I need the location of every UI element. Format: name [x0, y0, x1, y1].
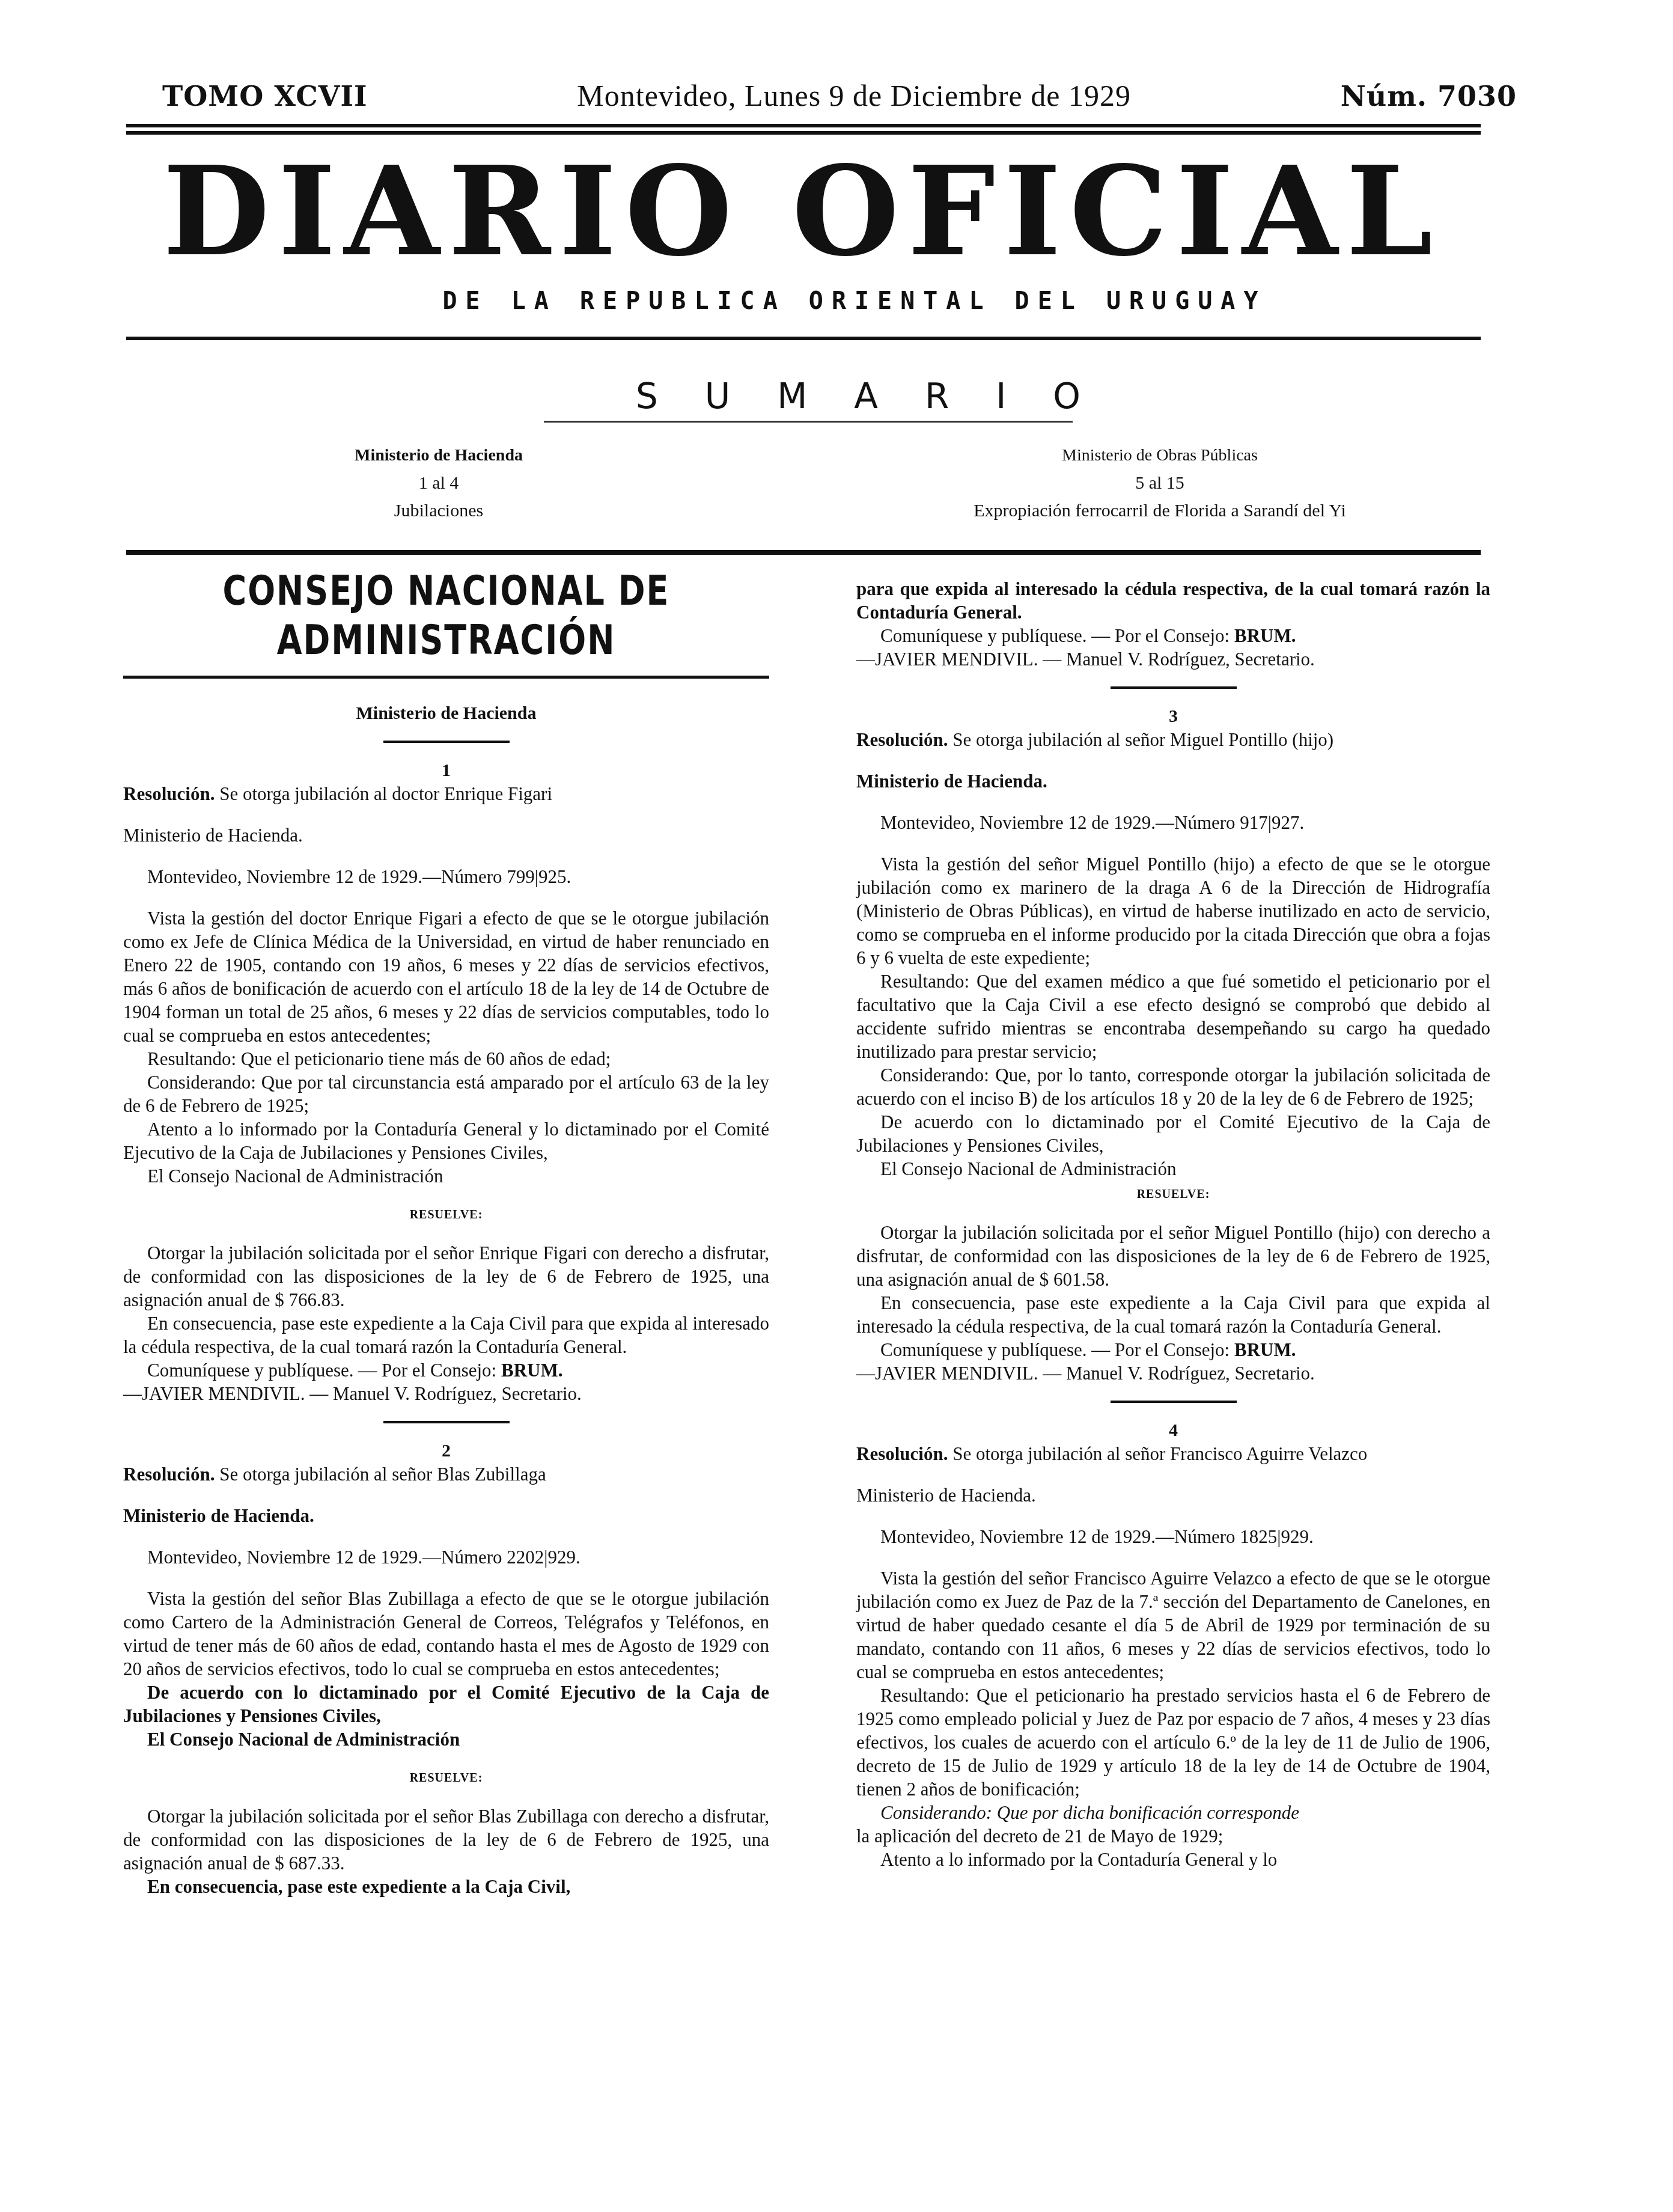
- summary-left-topic: Jubilaciones: [300, 497, 577, 525]
- paragraph: Resultando: Que del examen médico a que …: [856, 970, 1490, 1063]
- closing: Comuníquese y publíquese. — Por el Conse…: [856, 1338, 1490, 1361]
- closing: Comuníquese y publíquese. — Por el Conse…: [123, 1358, 769, 1382]
- paragraph-considerando: Considerando: Que por dicha bonificación…: [856, 1801, 1490, 1824]
- resolution-title: Resolución. Se otorga jubilación al doct…: [123, 782, 769, 805]
- summary-title: SUMARIO: [0, 376, 1673, 417]
- summary-right-topic: Expropiación ferrocarril de Florida a Sa…: [871, 497, 1448, 525]
- closing: Comuníquese y publíquese. — Por el Conse…: [856, 624, 1490, 647]
- resolution-number: 4: [856, 1419, 1490, 1442]
- paragraph: El Consejo Nacional de Administración: [123, 1728, 769, 1751]
- resolution-title: Resolución. Se otorga jubilación al seño…: [856, 728, 1490, 751]
- resolution-3: 3 Resolución. Se otorga jubilación al se…: [856, 704, 1490, 1385]
- resolution-dateline: Montevideo, Noviembre 12 de 1929.—Número…: [856, 1525, 1490, 1548]
- paragraph: Atento a lo informado por la Contaduría …: [856, 1848, 1490, 1871]
- resolution-number: 3: [856, 704, 1490, 728]
- issue-number: Núm. 7030: [1341, 80, 1517, 112]
- resolution-4: 4 Resolución. Se otorga jubilación al se…: [856, 1419, 1490, 1871]
- paragraph: De acuerdo con lo dictaminado por el Com…: [123, 1681, 769, 1728]
- separator: [383, 1421, 510, 1423]
- resuelve-label: RESUELVE:: [123, 1767, 769, 1790]
- paragraph: Vista la gestión del señor Francisco Agu…: [856, 1566, 1490, 1684]
- resuelve-label: RESUELVE:: [123, 1203, 769, 1227]
- resolution-1: 1 Resolución. Se otorga jubilación al do…: [123, 759, 769, 1405]
- paragraph: Atento a lo informado por la Contaduría …: [123, 1117, 769, 1164]
- resolution-number: 1: [123, 759, 769, 782]
- paragraph: para que expida al interesado la cédula …: [856, 577, 1490, 624]
- section-ministry: Ministerio de Hacienda: [123, 701, 769, 725]
- decision: En consecuencia, pase este expediente a …: [123, 1875, 769, 1898]
- resolution-title: Resolución. Se otorga jubilación al seño…: [123, 1462, 769, 1486]
- resolution-dateline: Montevideo, Noviembre 12 de 1929.—Número…: [856, 811, 1490, 834]
- subtitle-rule: [126, 337, 1481, 340]
- resolution-ministry: Ministerio de Hacienda.: [856, 769, 1490, 793]
- resuelve-label: RESUELVE:: [856, 1183, 1490, 1206]
- newspaper-title: DIARIO OFICIAL: [153, 150, 1451, 273]
- summary-right-ministry: Ministerio de Obras Públicas: [871, 442, 1448, 469]
- paragraph: De acuerdo con lo dictaminado por el Com…: [856, 1110, 1490, 1157]
- resolution-dateline: Montevideo, Noviembre 12 de 1929.—Número…: [123, 865, 769, 888]
- separator: [383, 741, 510, 743]
- right-column: para que expida al interesado la cédula …: [856, 577, 1490, 1871]
- section-rule: [123, 676, 769, 679]
- decision: En consecuencia, pase este expediente a …: [856, 1291, 1490, 1338]
- summary-bottom-rule: [126, 550, 1481, 555]
- paragraph: Resultando: Que el peticionario tiene má…: [123, 1047, 769, 1071]
- paragraph: la aplicación del decreto de 21 de Mayo …: [856, 1824, 1490, 1848]
- decision: Otorgar la jubilación solicitada por el …: [856, 1221, 1490, 1291]
- paragraph: El Consejo Nacional de Administración: [856, 1157, 1490, 1181]
- resolution-2: 2 Resolución. Se otorga jubilación al se…: [123, 1439, 769, 1898]
- summary-left-ministry: Ministerio de Hacienda: [300, 442, 577, 469]
- decision: En consecuencia, pase este expediente a …: [123, 1312, 769, 1358]
- issue-date: Montevideo, Lunes 9 de Diciembre de 1929: [577, 78, 1131, 113]
- paragraph: Considerando: Que, por lo tanto, corresp…: [856, 1063, 1490, 1110]
- resolution-ministry: Ministerio de Hacienda.: [123, 1504, 769, 1527]
- paragraph: Considerando: Que por tal circunstancia …: [123, 1071, 769, 1117]
- resolution-ministry: Ministerio de Hacienda.: [856, 1483, 1490, 1507]
- summary-right-range: 5 al 15: [871, 469, 1448, 497]
- signature: —JAVIER MENDIVIL. — Manuel V. Rodríguez,…: [856, 647, 1490, 671]
- paragraph: Vista la gestión del doctor Enrique Figa…: [123, 906, 769, 1047]
- section-heading: CONSEJO NACIONAL DE ADMINISTRACIÓN: [123, 567, 769, 665]
- paragraph: Vista la gestión del señor Blas Zubillag…: [123, 1587, 769, 1681]
- decision: Otorgar la jubilación solicitada por el …: [123, 1241, 769, 1312]
- signature: —JAVIER MENDIVIL. — Manuel V. Rodríguez,…: [856, 1361, 1490, 1385]
- resolution-2-continuation: para que expida al interesado la cédula …: [856, 577, 1490, 671]
- newspaper-subtitle: DE LA REPUBLICA ORIENTAL DEL URUGUAY: [0, 287, 1673, 315]
- decision: Otorgar la jubilación solicitada por el …: [123, 1804, 769, 1875]
- summary-left: Ministerio de Hacienda 1 al 4 Jubilacion…: [300, 442, 577, 525]
- summary-right: Ministerio de Obras Públicas 5 al 15 Exp…: [871, 442, 1448, 525]
- signature: —JAVIER MENDIVIL. — Manuel V. Rodríguez,…: [123, 1382, 769, 1405]
- resolution-ministry: Ministerio de Hacienda.: [123, 823, 769, 847]
- resolution-dateline: Montevideo, Noviembre 12 de 1929.—Número…: [123, 1545, 769, 1569]
- header-rule: [126, 124, 1481, 135]
- volume-label: TOMO XCVII: [162, 80, 368, 112]
- separator: [1111, 686, 1237, 689]
- summary-rule: [544, 421, 1073, 423]
- summary-left-range: 1 al 4: [300, 469, 577, 497]
- left-column: CONSEJO NACIONAL DE ADMINISTRACIÓN Minis…: [123, 565, 769, 1898]
- resolution-title: Resolución. Se otorga jubilación al seño…: [856, 1442, 1490, 1465]
- separator: [1111, 1401, 1237, 1403]
- paragraph: Vista la gestión del señor Miguel Pontil…: [856, 852, 1490, 970]
- paragraph: Resultando: Que el peticionario ha prest…: [856, 1684, 1490, 1801]
- paragraph: El Consejo Nacional de Administración: [123, 1164, 769, 1188]
- masthead-info-line: TOMO XCVII Montevideo, Lunes 9 de Diciem…: [162, 78, 1517, 113]
- resolution-number: 2: [123, 1439, 769, 1462]
